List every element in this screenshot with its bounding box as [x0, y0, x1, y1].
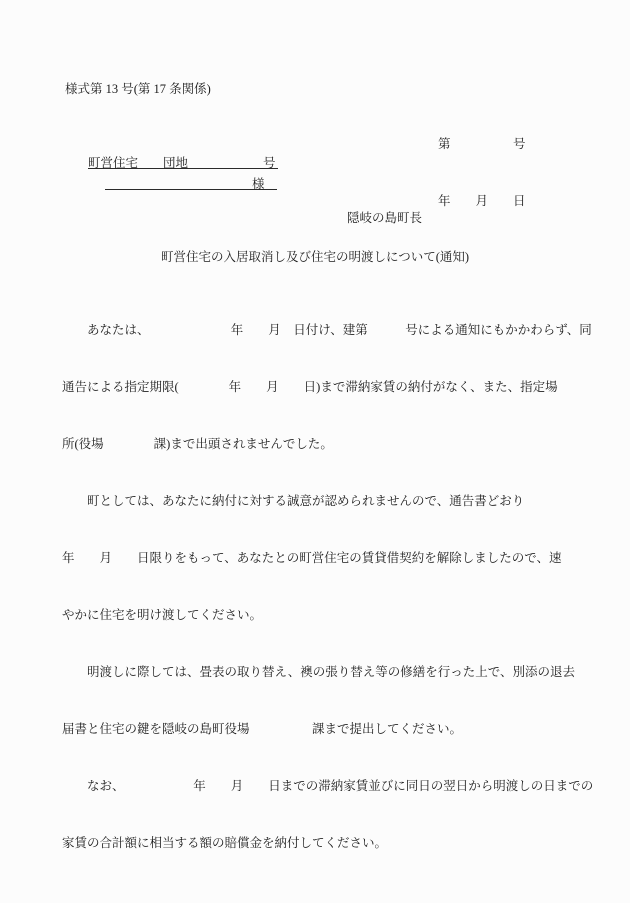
form-number: 様式第 13 号(第 17 条関係): [65, 79, 211, 97]
body-line: 町としては、あなたに納付に対する誠意が認められませんので、通告書どおり: [62, 492, 593, 511]
document-page: 様式第 13 号(第 17 条関係) 第 号 年 月 日 町営住宅 団地 号 様…: [0, 0, 630, 903]
body-text: あなたは、 年 月 日付け、建第 号による通知にもかかわらず、同 通告による指定…: [62, 283, 593, 891]
addressee-name-blank: 様: [105, 174, 277, 190]
body-line: なお、 年 月 日までの滞納家賃並びに同日の翌日から明渡しの日までの: [62, 777, 593, 796]
body-line: あなたは、 年 月 日付け、建第 号による通知にもかかわらず、同: [62, 321, 593, 340]
body-line: 明渡しに際しては、畳表の取り替え、襖の張り替え等の修繕を行った上で、別添の退去: [62, 663, 593, 682]
body-line: 家賃の合計額に相当する額の賠償金を納付してください。: [62, 834, 593, 853]
date-blank: 年 月 日: [438, 192, 526, 211]
body-line: 通告による指定期限( 年 月 日)まで滞納家賃の納付がなく、また、指定場: [62, 378, 593, 397]
document-title: 町営住宅の入居取消し及び住宅の明渡しについて(通知): [0, 247, 630, 265]
sender-mayor: 隠岐の島町長: [347, 208, 422, 226]
doc-number-blank: 第 号: [438, 135, 526, 154]
body-line: 所(役場 課)まで出頭されませんでした。: [62, 435, 593, 454]
reference-block: 第 号 年 月 日: [438, 97, 526, 249]
body-line: 年 月 日限りをもって、あなたとの町営住宅の賃貸借契約を解除しましたので、速: [62, 549, 593, 568]
body-line: 届書と住宅の鍵を隠岐の島町役場 課まで提出してください。: [62, 720, 593, 739]
body-line: やかに住宅を明け渡してください。: [62, 606, 593, 625]
addressee-housing-blank: 町営住宅 団地 号: [88, 153, 278, 169]
